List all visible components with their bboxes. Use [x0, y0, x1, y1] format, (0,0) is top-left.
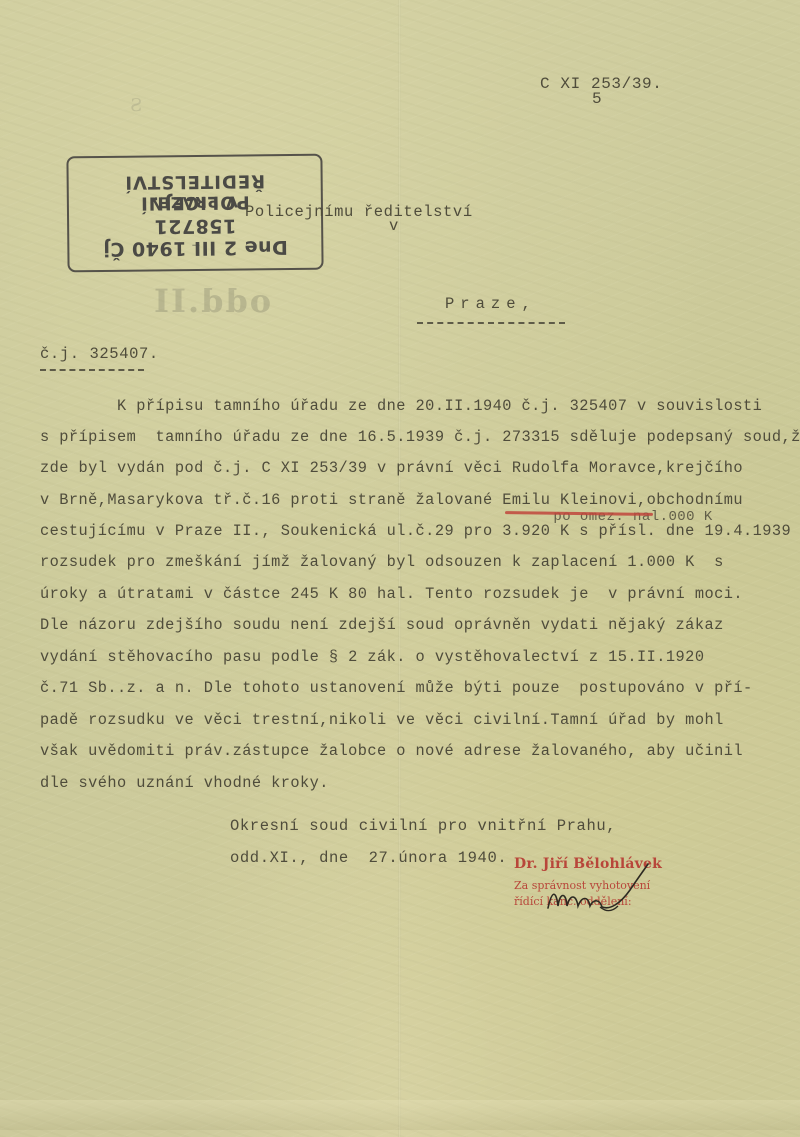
body-line: však uvědomiti práv.zástupce žalobce o n… [40, 744, 743, 759]
handwritten-signature-icon [540, 860, 680, 920]
body-line: cestujícímu v Praze II., Soukenická ul.č… [40, 524, 791, 539]
file-number: č.j. 325407. [40, 347, 159, 363]
body-line: s přípisem tamního úřadu ze dne 16.5.193… [40, 430, 800, 445]
signature-date-line: odd.XI., dne 27.února 1940. [230, 851, 507, 867]
body-line: padě rozsudku ve věci trestní,nikoli ve … [40, 713, 724, 728]
body-line: č.71 Sb..z. a n. Dle tohoto ustanovení m… [40, 681, 753, 696]
bleed-through-department-stamp: odd.II [152, 282, 271, 320]
case-reference-sub: 5 [592, 91, 602, 107]
body-line: zde byl vydán pod č.j. C XI 253/39 v prá… [40, 461, 743, 476]
addressee-underline [417, 322, 565, 324]
body-line: Dle názoru zdejšího soudu není zdejší so… [40, 618, 724, 633]
addressee-line-2: v [389, 219, 399, 235]
body-line: vydání stěhovacího pasu podle § 2 zák. o… [40, 650, 704, 665]
addressee-line-1: Policejnímu ředitelství [245, 205, 473, 221]
body-line: K přípisu tamního úřadu ze dne 20.II.194… [40, 399, 762, 414]
bleed-through-mark-top: S [130, 95, 142, 116]
file-number-underline [40, 369, 144, 371]
body-line: úroky a útratami v částce 245 K 80 hal. … [40, 587, 743, 602]
body-line: dle svého uznání vhodné kroky. [40, 776, 329, 791]
court-name: Okresní soud civilní pro vnitřní Prahu, [230, 819, 616, 835]
addressee-line-3: Praze, [445, 297, 537, 313]
paper-fold-bottom [0, 1100, 800, 1130]
body-line: v Brně,Masarykova tř.č.16 proti straně ž… [40, 493, 743, 508]
body-line: rozsudek pro zmeškání jímž žalovaný byl … [40, 555, 724, 570]
